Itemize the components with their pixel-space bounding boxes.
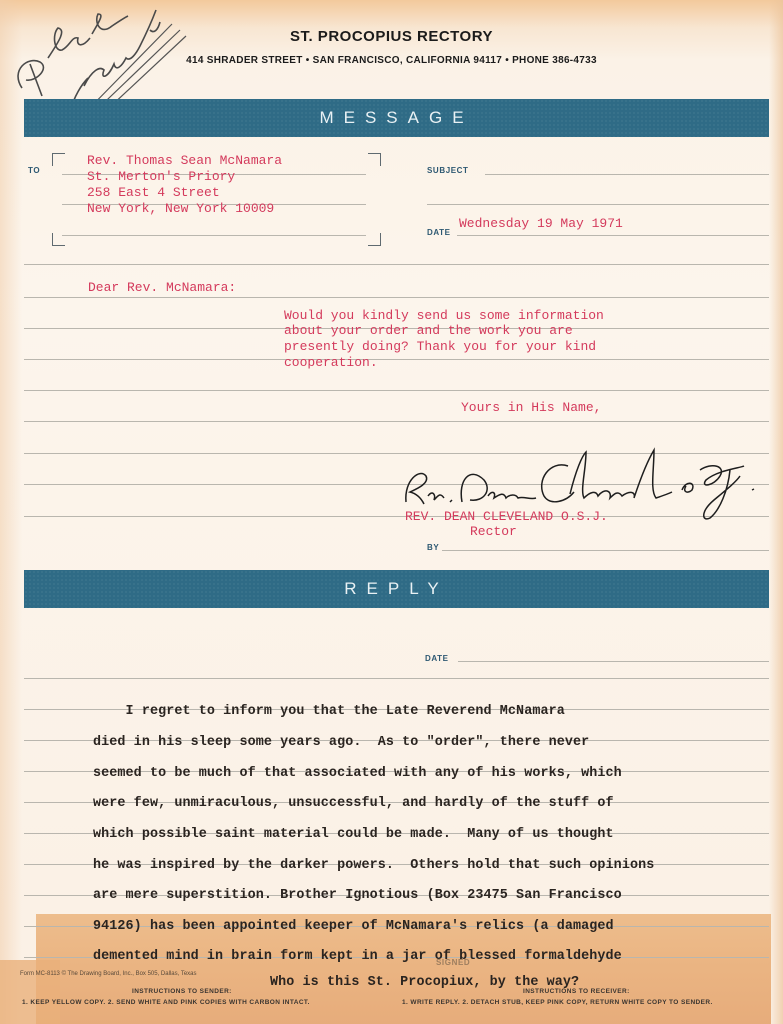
closing: Yours in His Name, xyxy=(461,400,601,415)
reply-line: 94126) has been appointed keeper of McNa… xyxy=(93,919,614,934)
reply-line: are mere superstition. Brother Ignotious… xyxy=(93,888,622,903)
ruled-line xyxy=(24,421,769,422)
to-line: 258 East 4 Street xyxy=(87,185,220,200)
to-rule xyxy=(62,235,366,236)
to-label: TO xyxy=(28,166,40,175)
reply-date-rule[interactable] xyxy=(458,661,769,662)
to-line: St. Merton's Priory xyxy=(87,169,235,184)
paper-edge-right xyxy=(769,0,783,1024)
subject-rule-2 xyxy=(427,204,769,205)
signer-name: REV. DEAN CLEVELAND O.S.J. xyxy=(405,509,608,524)
message-line: about your order and the work you are xyxy=(284,323,573,338)
signer-title: Rector xyxy=(470,524,517,539)
signed-label: SIGNED xyxy=(436,958,470,967)
to-line: Rev. Thomas Sean McNamara xyxy=(87,153,282,168)
by-rule xyxy=(442,550,769,551)
message-banner: MESSAGE xyxy=(24,99,769,137)
ruled-line xyxy=(24,264,769,265)
to-line: New York, New York 10009 xyxy=(87,201,274,216)
ruled-line xyxy=(24,359,769,360)
paper-stain-corner xyxy=(0,960,60,1024)
message-line: presently doing? Thank you for your kind xyxy=(284,339,596,354)
to-bracket-bottom-right xyxy=(368,233,381,246)
reply-line: demented mind in brain form kept in a ja… xyxy=(93,949,622,964)
reply-banner: REPLY xyxy=(24,570,769,608)
subject-rule xyxy=(485,174,769,175)
receiver-instructions: 1. WRITE REPLY. 2. DETACH STUB, KEEP PIN… xyxy=(402,999,713,1006)
ruled-line xyxy=(24,390,769,391)
salutation: Dear Rev. McNamara: xyxy=(88,280,236,295)
date-rule xyxy=(457,235,769,236)
date-label: DATE xyxy=(427,228,451,237)
reply-line: which possible saint material could be m… xyxy=(93,827,614,842)
sender-instructions: 1. KEEP YELLOW COPY. 2. SEND WHITE AND P… xyxy=(22,999,310,1006)
message-line: Would you kindly send us some informatio… xyxy=(284,308,604,323)
receiver-instructions-title: INSTRUCTIONS TO RECEIVER: xyxy=(523,988,630,995)
reply-line: were few, unmiraculous, unsuccessful, an… xyxy=(93,796,614,811)
reply-line: he was inspired by the darker powers. Ot… xyxy=(93,858,654,873)
reply-date-label: DATE xyxy=(425,654,449,663)
paper-edge-left xyxy=(0,0,22,1024)
to-bracket-top-left xyxy=(52,153,65,166)
reply-line: died in his sleep some years ago. As to … xyxy=(93,735,589,750)
date-value: Wednesday 19 May 1971 xyxy=(459,216,623,231)
to-bracket-top-right xyxy=(368,153,381,166)
ruled-line xyxy=(24,297,769,298)
subject-label: SUBJECT xyxy=(427,166,469,175)
ruled-line xyxy=(24,678,769,679)
reply-line: I regret to inform you that the Late Rev… xyxy=(93,704,565,719)
reply-line: seemed to be much of that associated wit… xyxy=(93,766,622,781)
sender-instructions-title: INSTRUCTIONS TO SENDER: xyxy=(132,988,232,995)
message-line: cooperation. xyxy=(284,355,378,370)
by-label: BY xyxy=(427,543,439,552)
form-credit: Form MC-8113 © The Drawing Board, Inc., … xyxy=(20,971,197,977)
